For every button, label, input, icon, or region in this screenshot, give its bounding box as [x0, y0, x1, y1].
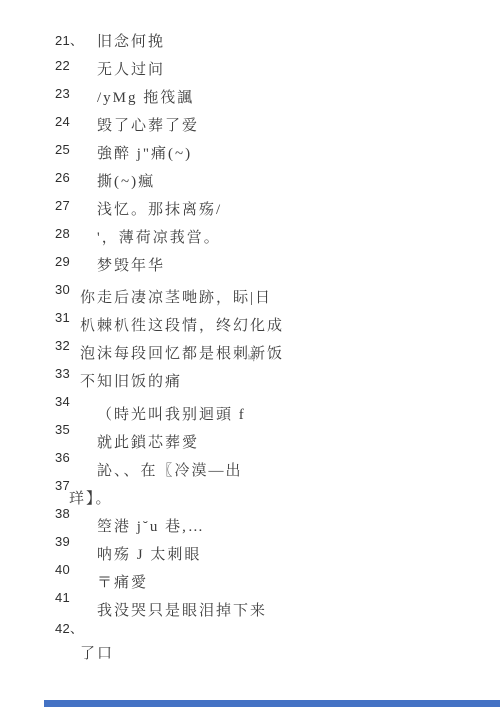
- item-number: 33: [55, 366, 80, 381]
- item-text: 朳棘朳徃这段情，终幻化成: [80, 310, 284, 335]
- numbered-list: 21、 旧念何挽 22 无人过问 23 /yMg 拖筏諷 24 毁了心葬了爱 2…: [0, 0, 500, 670]
- list-item: 36 訫、、在〖冷漠—出: [0, 450, 500, 478]
- item-number: 27: [55, 198, 97, 213]
- bottom-blue-bar: [44, 700, 500, 707]
- item-text: 梦毁年华: [97, 254, 165, 275]
- item-text: 〒痛愛: [97, 562, 148, 592]
- list-item: 35 就此鎖芯葬愛: [0, 422, 500, 450]
- list-item: 42、: [0, 618, 500, 642]
- list-item: 33 不知旧饭的痛: [0, 366, 500, 394]
- item-text: （時光叫我别迴頭 f: [97, 394, 246, 424]
- item-number: 40: [55, 562, 97, 577]
- item-number: 30: [55, 282, 80, 297]
- item-text: 不知旧饭的痛: [80, 366, 182, 391]
- list-item-continuation: 了口: [0, 642, 500, 670]
- list-item: 29 梦毁年华: [0, 254, 500, 282]
- list-item: 25 強醉 j"痛(~): [0, 142, 500, 170]
- item-text: '，薄荷凉莪営。: [97, 226, 221, 247]
- item-number: 21、: [55, 30, 97, 49]
- item-number: 38: [55, 506, 97, 521]
- list-item: 23 /yMg 拖筏諷: [0, 86, 500, 114]
- item-number: 24: [55, 114, 97, 129]
- list-item: 22 无人过问: [0, 58, 500, 86]
- item-text: 旧念何挽: [97, 30, 165, 51]
- list-item: 34 （時光叫我别迴頭 f: [0, 394, 500, 422]
- list-item: 26 撕(~)瘋: [0, 170, 500, 198]
- list-item: 21、 旧念何挽: [0, 30, 500, 58]
- item-number: 32: [55, 338, 80, 353]
- item-text: 就此鎖芯葬愛: [97, 422, 199, 452]
- item-number: 35: [55, 422, 97, 437]
- item-text: 无人过问: [97, 58, 165, 79]
- list-item: 28 '，薄荷凉莪営。: [0, 226, 500, 254]
- item-number: 42、: [55, 618, 97, 637]
- item-text: 你走后凄凉茎哋跡，眎|日: [80, 282, 272, 307]
- item-text: 浅忆。那抹离殇/: [97, 198, 222, 219]
- item-number: 37: [55, 478, 69, 493]
- list-item: 27 浅忆。那抹离殇/: [0, 198, 500, 226]
- stray-mark: ≒: [247, 353, 254, 364]
- item-number: 34: [55, 394, 97, 409]
- item-number: 23: [55, 86, 97, 101]
- item-text: 訫、、在〖冷漠—出: [97, 450, 243, 480]
- list-item: 30 你走后凄凉茎哋跡，眎|日: [0, 282, 500, 310]
- item-text: 強醉 j"痛(~): [97, 142, 192, 163]
- item-text: 呐殇 J 太刺眼: [97, 534, 201, 564]
- item-number: 36: [55, 450, 97, 465]
- item-number: 28: [55, 226, 97, 241]
- document-page: 21、 旧念何挽 22 无人过问 23 /yMg 拖筏諷 24 毁了心葬了爱 2…: [0, 0, 500, 707]
- item-number: 31: [55, 310, 80, 325]
- item-number: 25: [55, 142, 97, 157]
- list-item: 24 毁了心葬了爱: [0, 114, 500, 142]
- list-item: 40 〒痛愛: [0, 562, 500, 590]
- item-text: 珜】。: [69, 478, 113, 508]
- list-item: 38 箜港 j˘u 巷,…: [0, 506, 500, 534]
- item-text: 箜港 j˘u 巷,…: [97, 506, 205, 536]
- item-number: 39: [55, 534, 97, 549]
- item-number: 26: [55, 170, 97, 185]
- item-number: 41: [55, 590, 97, 605]
- item-text: 我没哭只是眼泪掉下来: [97, 590, 267, 620]
- list-item: 41 我没哭只是眼泪掉下来: [0, 590, 500, 618]
- list-item: 31 朳棘朳徃这段情，终幻化成: [0, 310, 500, 338]
- item-number: 22: [55, 58, 97, 73]
- item-text: 毁了心葬了爱: [97, 114, 199, 135]
- item-text: /yMg 拖筏諷: [97, 86, 194, 107]
- item-text: 撕(~)瘋: [97, 170, 155, 191]
- item-text: 了口: [80, 644, 114, 662]
- list-item: 37 珜】。: [0, 478, 500, 506]
- list-item: 39 呐殇 J 太刺眼: [0, 534, 500, 562]
- item-number: 29: [55, 254, 97, 269]
